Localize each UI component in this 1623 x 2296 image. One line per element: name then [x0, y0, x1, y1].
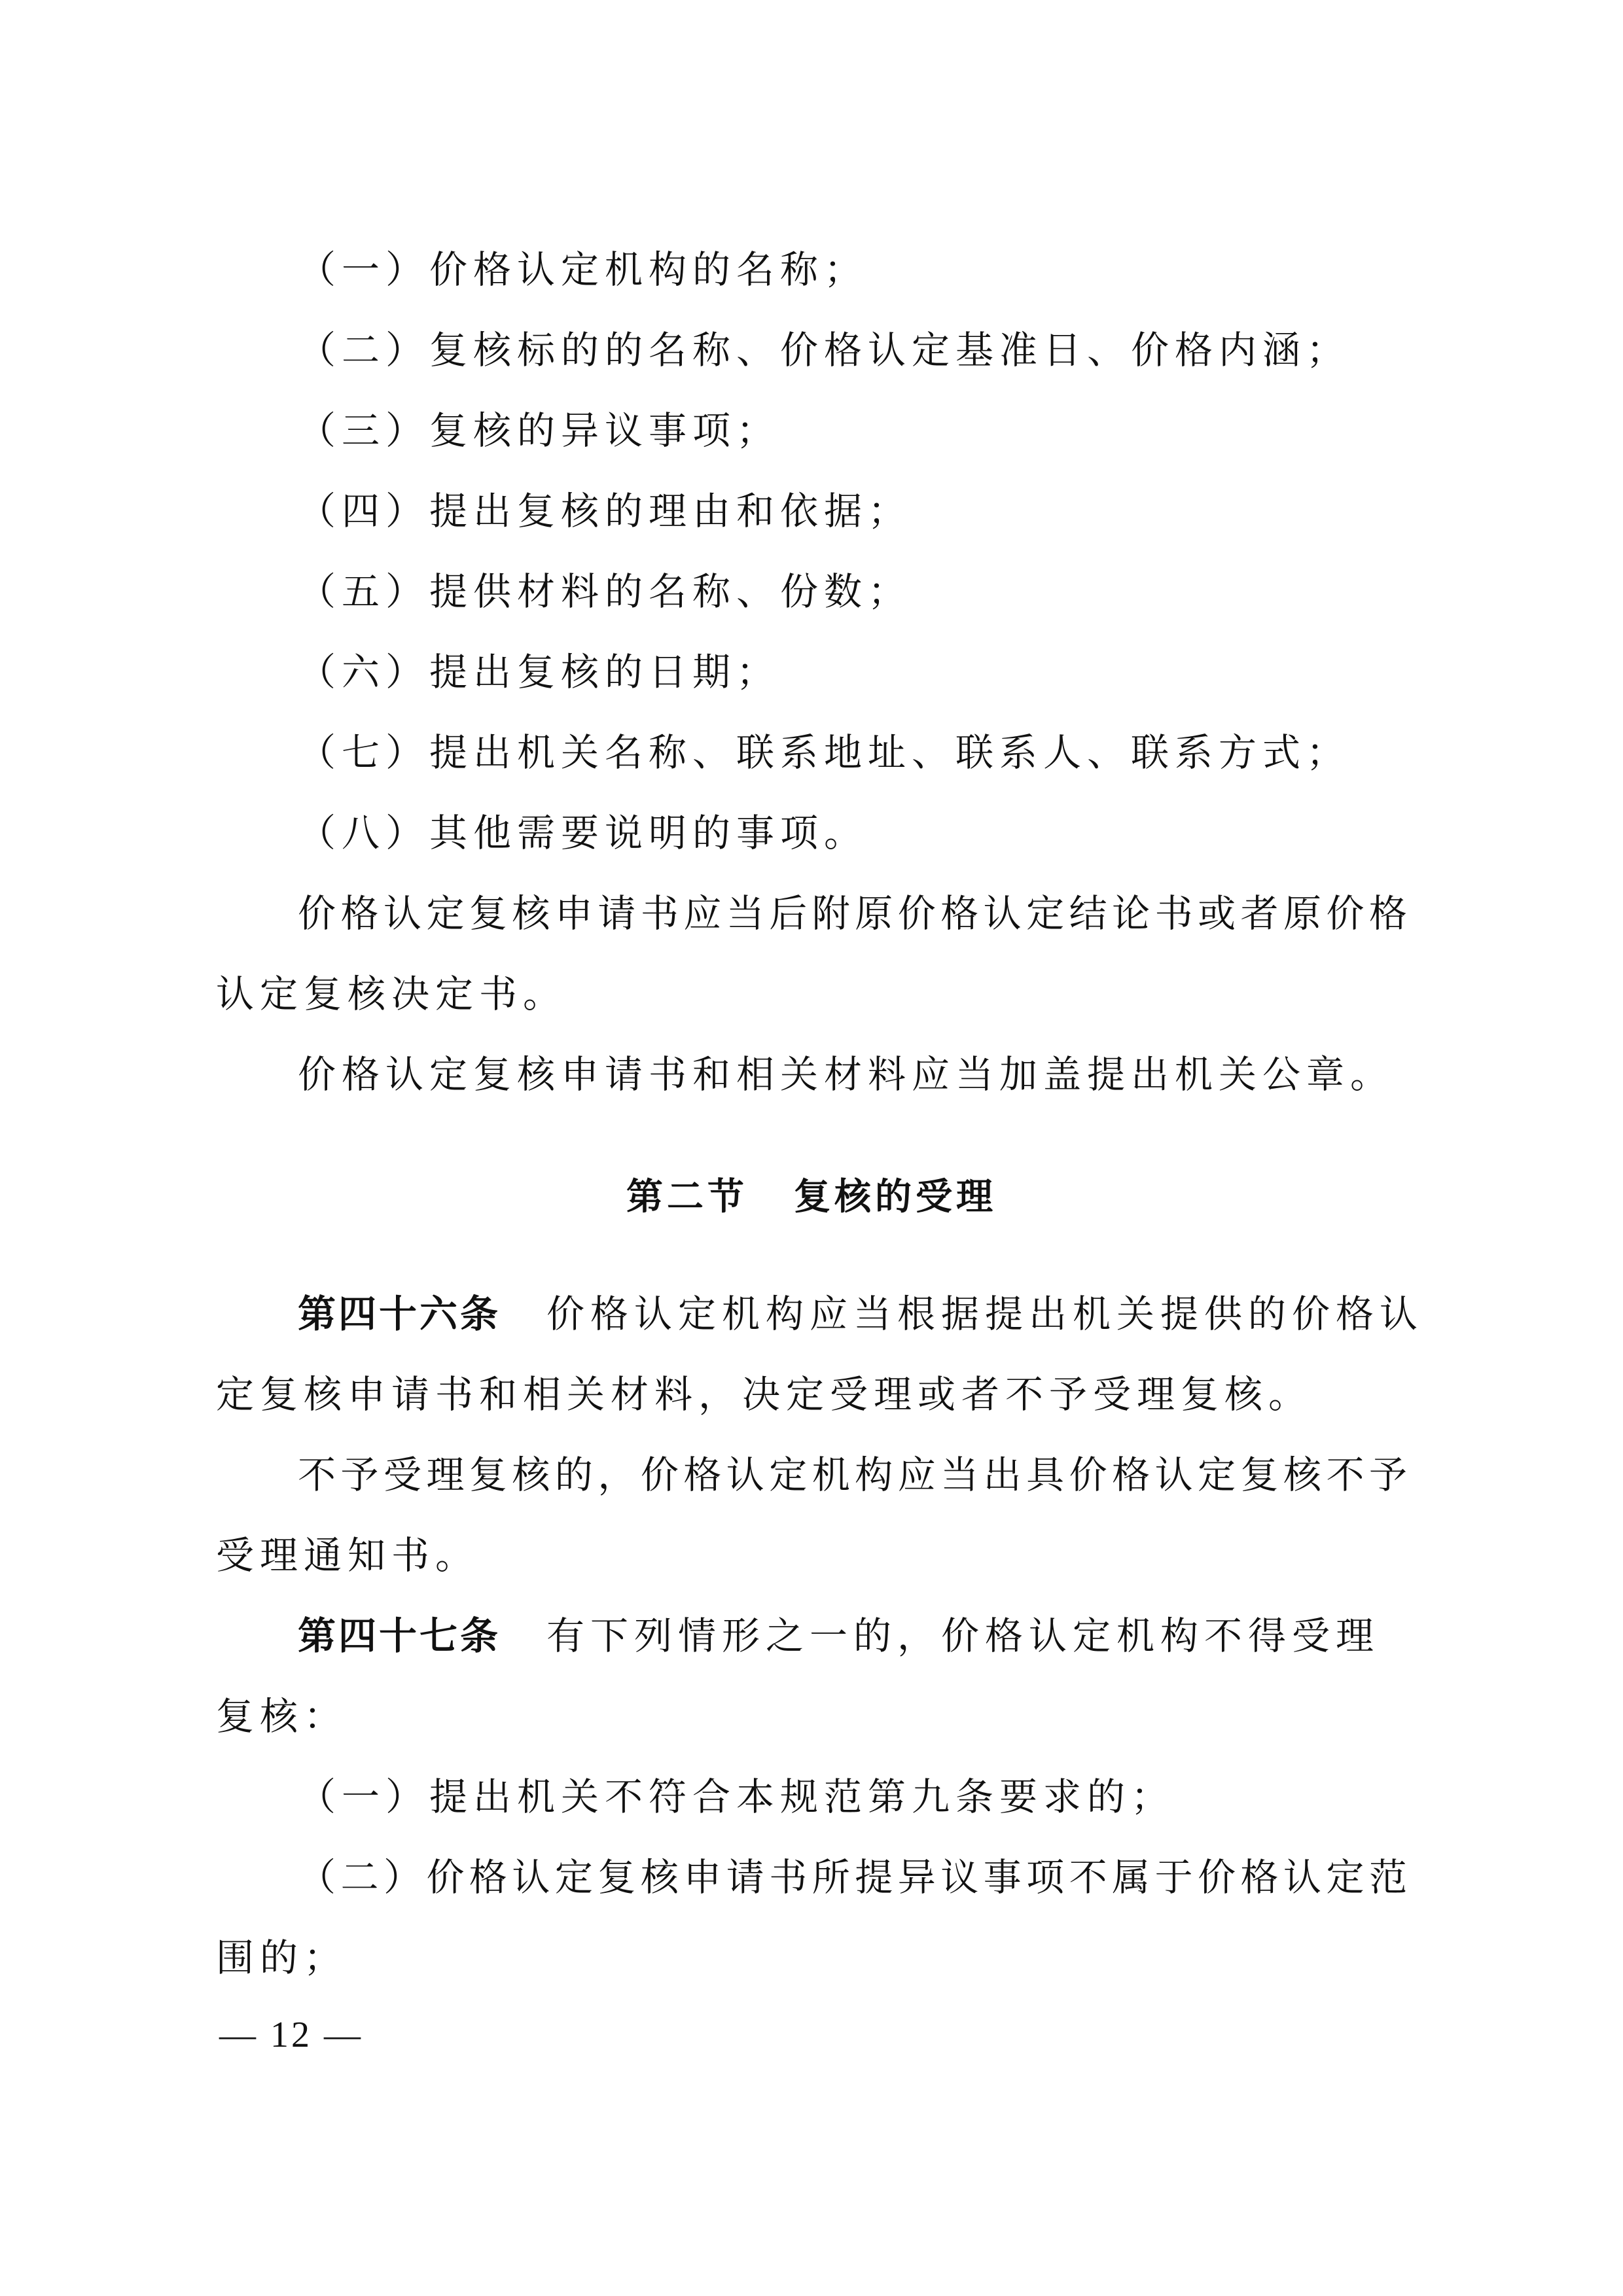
article-47-text-1: 有下列情形之一的，价格认定机构不得受理: [546, 1614, 1380, 1658]
list-item-3: （三）复核的异议事项；: [298, 404, 1407, 457]
section-title: 复核的受理: [794, 1176, 997, 1218]
article-47-label: 第四十七条: [298, 1614, 501, 1658]
list-item-2: （二）复核标的的名称、价格认定基准日、价格内涵；: [298, 324, 1407, 376]
list-item-1: （一）价格认定机构的名称；: [298, 243, 1407, 296]
article-46-label: 第四十六条: [298, 1292, 501, 1336]
section-number: 第二节: [626, 1176, 748, 1218]
paragraph-attachment-line-1: 价格认定复核申请书应当后附原价格认定结论书或者原价格: [298, 887, 1407, 940]
list-item-4: （四）提出复核的理由和依据；: [298, 485, 1407, 537]
list-item-5: （五）提供材料的名称、份数；: [298, 565, 1407, 618]
article-46-para2-line-2: 受理通知书。: [216, 1529, 1407, 1581]
article-47-item-2-line-2: 围的；: [216, 1932, 1407, 1984]
document-page: （一）价格认定机构的名称； （二）复核标的的名称、价格认定基准日、价格内涵； （…: [0, 0, 1623, 2296]
article-46-line-2: 定复核申请书和相关材料，决定受理或者不予受理复核。: [216, 1368, 1407, 1421]
article-47-item-1: （一）提出机关不符合本规范第九条要求的；: [298, 1771, 1407, 1823]
article-47-item-2-line-1: （二）价格认定复核申请书所提异议事项不属于价格认定范: [298, 1851, 1407, 1903]
paragraph-attachment-line-2: 认定复核决定书。: [216, 968, 1407, 1020]
article-46-para2-line-1: 不予受理复核的，价格认定机构应当出具价格认定复核不予: [298, 1449, 1407, 1501]
article-46-line-1: 第四十六条价格认定机构应当根据提出机关提供的价格认: [298, 1288, 1407, 1340]
list-item-7: （七）提出机关名称、联系地址、联系人、联系方式；: [298, 726, 1407, 779]
section-heading: 第二节复核的受理: [0, 1171, 1623, 1224]
article-47-line-1: 第四十七条有下列情形之一的，价格认定机构不得受理: [298, 1610, 1407, 1662]
paragraph-seal: 价格认定复核申请书和相关材料应当加盖提出机关公章。: [298, 1048, 1407, 1101]
list-item-8: （八）其他需要说明的事项。: [298, 807, 1407, 859]
article-47-line-2: 复核：: [216, 1690, 1407, 1742]
list-item-6: （六）提出复核的日期；: [298, 646, 1407, 698]
article-46-text-1: 价格认定机构应当根据提出机关提供的价格认: [546, 1292, 1423, 1336]
page-number: — 12 —: [219, 2012, 363, 2058]
